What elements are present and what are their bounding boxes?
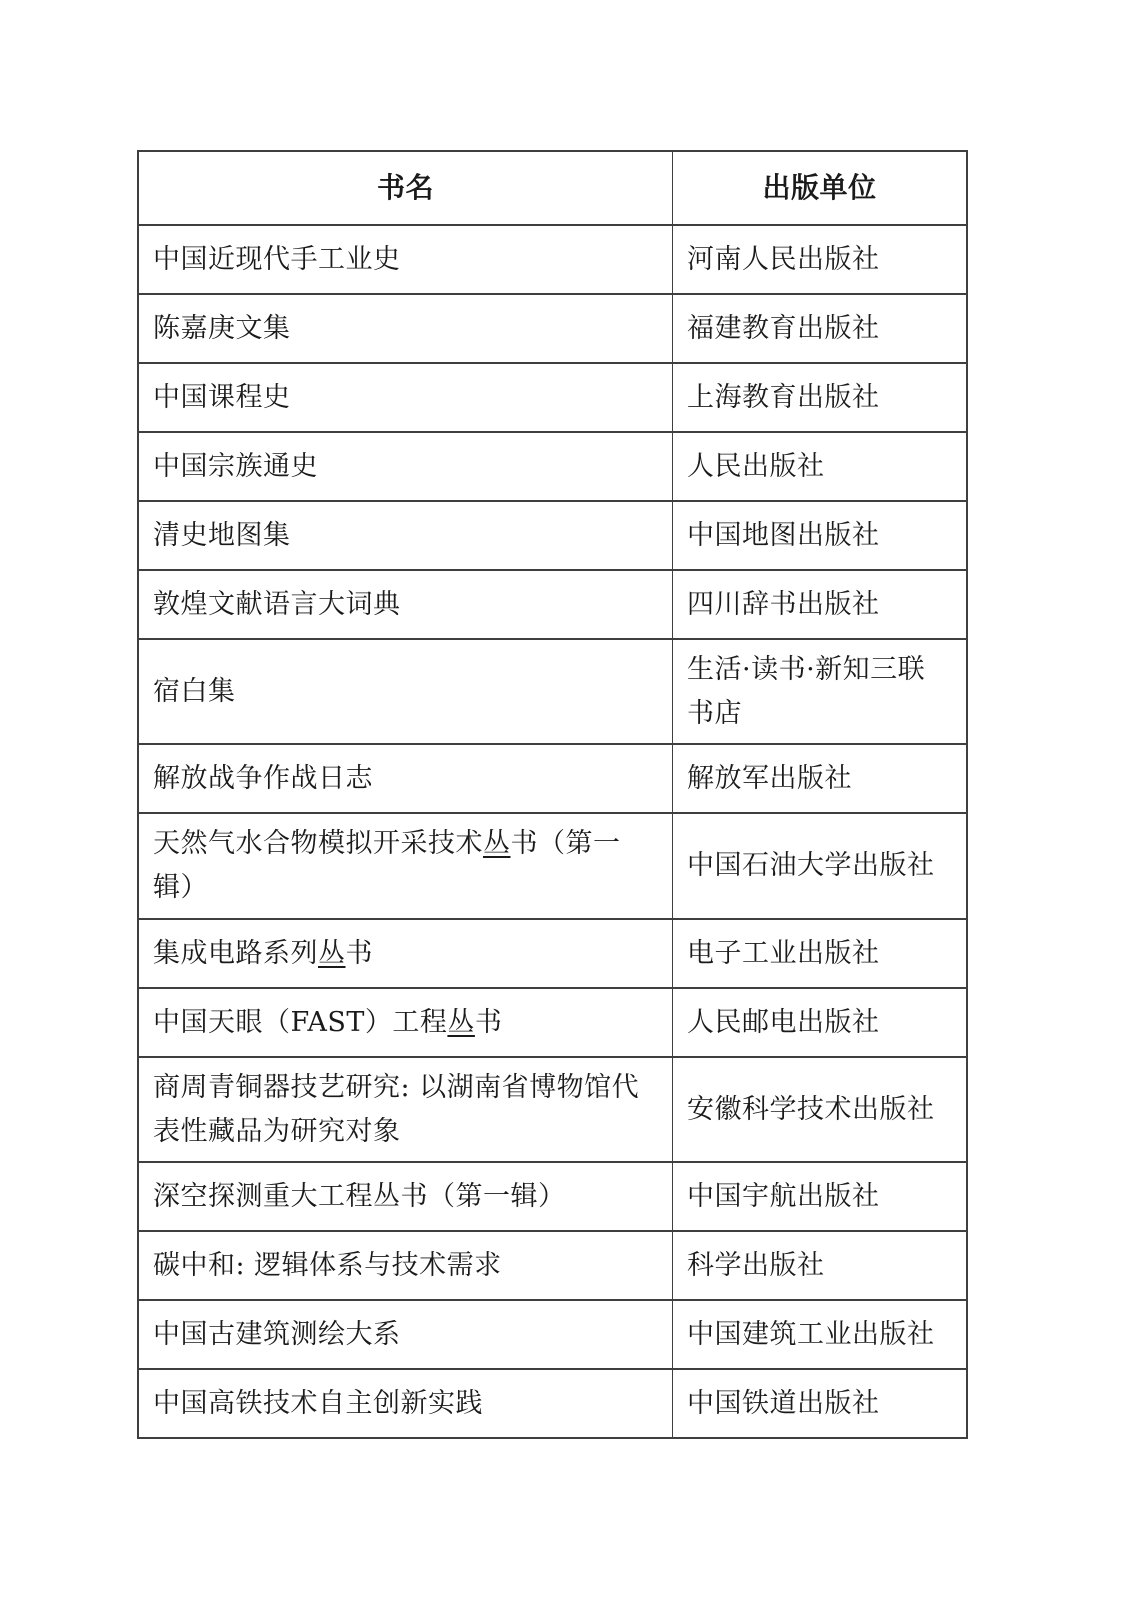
publisher-cell: 上海教育出版社 — [672, 364, 966, 431]
publisher: 生活·读书·新知三联书店 — [687, 648, 952, 735]
book-title: 陈嘉庚文集 — [153, 307, 291, 351]
book-title-cell: 集成电路系列丛书 — [139, 920, 672, 987]
publisher: 中国地图出版社 — [687, 514, 880, 558]
book-title: 商周青铜器技艺研究: 以湖南省博物馆代表性藏品为研究对象 — [153, 1066, 658, 1153]
publisher: 人民邮电出版社 — [687, 1001, 880, 1045]
book-title-cell: 中国古建筑测绘大系 — [139, 1301, 672, 1368]
table-row: 敦煌文献语言大词典 四川辞书出版社 — [139, 569, 966, 638]
book-title-cell: 碳中和: 逻辑体系与技术需求 — [139, 1232, 672, 1299]
publisher: 中国建筑工业出版社 — [687, 1313, 935, 1357]
publisher-cell: 安徽科学技术出版社 — [672, 1058, 966, 1161]
table-row: 中国课程史 上海教育出版社 — [139, 362, 966, 431]
book-title: 中国近现代手工业史 — [153, 238, 401, 282]
book-title: 清史地图集 — [153, 514, 291, 558]
publisher-cell: 河南人民出版社 — [672, 226, 966, 293]
book-title: 天然气水合物模拟开采技术丛书（第一辑） — [153, 822, 658, 909]
table-row: 商周青铜器技艺研究: 以湖南省博物馆代表性藏品为研究对象 安徽科学技术出版社 — [139, 1056, 966, 1161]
book-title-cell: 清史地图集 — [139, 502, 672, 569]
table-row: 中国古建筑测绘大系 中国建筑工业出版社 — [139, 1299, 966, 1368]
table-row: 天然气水合物模拟开采技术丛书（第一辑） 中国石油大学出版社 — [139, 812, 966, 917]
table-row: 中国高铁技术自主创新实践 中国铁道出版社 — [139, 1368, 966, 1437]
table-row: 宿白集 生活·读书·新知三联书店 — [139, 638, 966, 743]
book-title: 中国高铁技术自主创新实践 — [153, 1382, 483, 1426]
book-title-cell: 中国宗族通史 — [139, 433, 672, 500]
publisher: 中国石油大学出版社 — [687, 844, 935, 888]
publisher-cell: 中国铁道出版社 — [672, 1370, 966, 1437]
book-title: 深空探测重大工程丛书（第一辑） — [153, 1175, 566, 1219]
publisher: 四川辞书出版社 — [687, 583, 880, 627]
book-title: 中国宗族通史 — [153, 445, 318, 489]
books-publishers-table: 书名 出版单位 中国近现代手工业史 河南人民出版社 陈嘉庚文集 福建教育出版社 … — [137, 150, 968, 1439]
book-title: 碳中和: 逻辑体系与技术需求 — [153, 1244, 502, 1288]
table-row: 中国宗族通史 人民出版社 — [139, 431, 966, 500]
underlined-character: 丛 — [318, 938, 346, 969]
book-title: 解放战争作战日志 — [153, 757, 373, 801]
publisher-cell: 福建教育出版社 — [672, 295, 966, 362]
book-title-cell: 中国近现代手工业史 — [139, 226, 672, 293]
table-row: 集成电路系列丛书 电子工业出版社 — [139, 918, 966, 987]
book-title-cell: 中国天眼（FAST）工程丛书 — [139, 989, 672, 1056]
book-title-cell: 陈嘉庚文集 — [139, 295, 672, 362]
book-title-cell: 中国课程史 — [139, 364, 672, 431]
book-title-cell: 天然气水合物模拟开采技术丛书（第一辑） — [139, 814, 672, 917]
publisher-cell: 中国建筑工业出版社 — [672, 1301, 966, 1368]
table-row: 解放战争作战日志 解放军出版社 — [139, 743, 966, 812]
book-title: 中国古建筑测绘大系 — [153, 1313, 401, 1357]
table-header-row: 书名 出版单位 — [139, 152, 966, 224]
publisher-cell: 科学出版社 — [672, 1232, 966, 1299]
publisher-cell: 解放军出版社 — [672, 745, 966, 812]
book-title: 宿白集 — [153, 670, 236, 714]
book-title-cell: 中国高铁技术自主创新实践 — [139, 1370, 672, 1437]
publisher: 河南人民出版社 — [687, 238, 880, 282]
publisher-cell: 生活·读书·新知三联书店 — [672, 640, 966, 743]
table-row: 中国天眼（FAST）工程丛书 人民邮电出版社 — [139, 987, 966, 1056]
publisher-cell: 中国地图出版社 — [672, 502, 966, 569]
publisher: 人民出版社 — [687, 445, 825, 489]
publisher-cell: 中国宇航出版社 — [672, 1163, 966, 1230]
table-row: 中国近现代手工业史 河南人民出版社 — [139, 224, 966, 293]
book-title-cell: 商周青铜器技艺研究: 以湖南省博物馆代表性藏品为研究对象 — [139, 1058, 672, 1161]
publisher-cell: 人民出版社 — [672, 433, 966, 500]
underlined-character: 丛 — [447, 1007, 475, 1038]
publisher: 上海教育出版社 — [687, 376, 880, 420]
column-header-publisher: 出版单位 — [672, 152, 966, 224]
table-row: 陈嘉庚文集 福建教育出版社 — [139, 293, 966, 362]
book-title-cell: 宿白集 — [139, 640, 672, 743]
publisher-cell: 四川辞书出版社 — [672, 571, 966, 638]
book-title: 敦煌文献语言大词典 — [153, 583, 401, 627]
publisher-cell: 人民邮电出版社 — [672, 989, 966, 1056]
publisher: 安徽科学技术出版社 — [687, 1088, 935, 1132]
book-title: 中国天眼（FAST）工程丛书 — [153, 1001, 502, 1045]
table-row: 碳中和: 逻辑体系与技术需求 科学出版社 — [139, 1230, 966, 1299]
publisher: 解放军出版社 — [687, 757, 852, 801]
publisher: 电子工业出版社 — [687, 932, 880, 976]
book-title-cell: 解放战争作战日志 — [139, 745, 672, 812]
table-row: 清史地图集 中国地图出版社 — [139, 500, 966, 569]
publisher: 福建教育出版社 — [687, 307, 880, 351]
book-title: 中国课程史 — [153, 376, 291, 420]
book-title: 集成电路系列丛书 — [153, 932, 373, 976]
publisher-cell: 电子工业出版社 — [672, 920, 966, 987]
column-header-book-title: 书名 — [139, 152, 672, 224]
book-title-cell: 敦煌文献语言大词典 — [139, 571, 672, 638]
publisher: 中国宇航出版社 — [687, 1175, 880, 1219]
book-title-cell: 深空探测重大工程丛书（第一辑） — [139, 1163, 672, 1230]
table-body: 中国近现代手工业史 河南人民出版社 陈嘉庚文集 福建教育出版社 中国课程史 上海… — [139, 224, 966, 1437]
publisher-cell: 中国石油大学出版社 — [672, 814, 966, 917]
publisher: 科学出版社 — [687, 1244, 825, 1288]
underlined-character: 丛 — [483, 828, 511, 859]
publisher: 中国铁道出版社 — [687, 1382, 880, 1426]
table-row: 深空探测重大工程丛书（第一辑） 中国宇航出版社 — [139, 1161, 966, 1230]
